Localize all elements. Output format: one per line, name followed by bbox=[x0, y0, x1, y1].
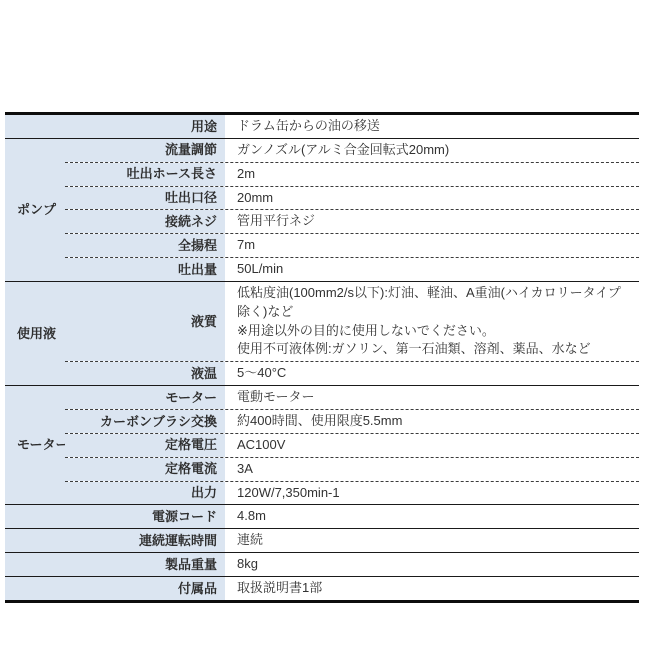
spec-section-liquid: 使用液 液質 低粘度油(100mm2/s以下):灯油、軽油、A重油(ハイカロリー… bbox=[5, 281, 639, 385]
spec-table: 用途 ドラム缶からの油の移送 ポンプ 流量調節 ガンノズル(アルミ合金回転式20… bbox=[5, 112, 639, 603]
row-label: 液温 bbox=[65, 362, 225, 385]
spec-row: 出力 120W/7,350min-1 bbox=[65, 481, 639, 505]
spec-row: 流量調節 ガンノズル(アルミ合金回転式20mm) bbox=[65, 139, 639, 162]
row-value: 管用平行ネジ bbox=[225, 210, 639, 233]
spec-section-accessories: 付属品 取扱説明書1部 bbox=[5, 576, 639, 600]
spec-row: 吐出ホース長さ 2m bbox=[65, 162, 639, 186]
section-rows: 電源コード 4.8m bbox=[65, 505, 639, 528]
spec-section-pump: ポンプ 流量調節 ガンノズル(アルミ合金回転式20mm) 吐出ホース長さ 2m … bbox=[5, 138, 639, 281]
spec-section-weight: 製品重量 8kg bbox=[5, 552, 639, 576]
spec-section-runtime: 連続運転時間 連続 bbox=[5, 528, 639, 552]
row-label: 定格電圧 bbox=[65, 434, 225, 457]
spec-row: 吐出口径 20mm bbox=[65, 186, 639, 210]
spec-row: 連続運転時間 連続 bbox=[65, 529, 639, 552]
row-label: 流量調節 bbox=[65, 139, 225, 162]
row-label: 電源コード bbox=[65, 505, 225, 528]
spec-row: 定格電流 3A bbox=[65, 457, 639, 481]
row-label: 定格電流 bbox=[65, 458, 225, 481]
row-value: 4.8m bbox=[225, 505, 639, 528]
row-label: カーボンブラシ交換 bbox=[65, 410, 225, 433]
row-value: 約400時間、使用限度5.5mm bbox=[225, 410, 639, 433]
page: 用途 ドラム缶からの油の移送 ポンプ 流量調節 ガンノズル(アルミ合金回転式20… bbox=[0, 0, 646, 646]
section-rows: 流量調節 ガンノズル(アルミ合金回転式20mm) 吐出ホース長さ 2m 吐出口径… bbox=[65, 139, 639, 281]
spec-row: 定格電圧 AC100V bbox=[65, 433, 639, 457]
spec-row: モーター 電動モーター bbox=[65, 386, 639, 409]
group-label bbox=[5, 529, 65, 552]
spec-section-power-cord: 電源コード 4.8m bbox=[5, 504, 639, 528]
spec-row: 電源コード 4.8m bbox=[65, 505, 639, 528]
row-label: 吐出量 bbox=[65, 258, 225, 281]
section-rows: 製品重量 8kg bbox=[65, 553, 639, 576]
spec-row: カーボンブラシ交換 約400時間、使用限度5.5mm bbox=[65, 409, 639, 433]
row-value: 120W/7,350min-1 bbox=[225, 482, 639, 505]
row-label: モーター bbox=[65, 386, 225, 409]
group-label: モーター bbox=[5, 386, 65, 504]
spec-row: 用途 ドラム缶からの油の移送 bbox=[65, 115, 639, 138]
group-label bbox=[5, 577, 65, 600]
group-label bbox=[5, 553, 65, 576]
group-label bbox=[5, 115, 65, 138]
row-label: 出力 bbox=[65, 482, 225, 505]
spec-row: 付属品 取扱説明書1部 bbox=[65, 577, 639, 600]
row-value: AC100V bbox=[225, 434, 639, 457]
row-value: ガンノズル(アルミ合金回転式20mm) bbox=[225, 139, 639, 162]
spec-row: 製品重量 8kg bbox=[65, 553, 639, 576]
row-label: 接続ネジ bbox=[65, 210, 225, 233]
row-value: 3A bbox=[225, 458, 639, 481]
row-label: 製品重量 bbox=[65, 553, 225, 576]
row-label: 吐出口径 bbox=[65, 187, 225, 210]
row-value: 20mm bbox=[225, 187, 639, 210]
section-rows: 用途 ドラム缶からの油の移送 bbox=[65, 115, 639, 138]
section-rows: モーター 電動モーター カーボンブラシ交換 約400時間、使用限度5.5mm 定… bbox=[65, 386, 639, 504]
spec-section-motor: モーター モーター 電動モーター カーボンブラシ交換 約400時間、使用限度5.… bbox=[5, 385, 639, 504]
spec-section-use: 用途 ドラム缶からの油の移送 bbox=[5, 115, 639, 138]
row-value: 7m bbox=[225, 234, 639, 257]
section-rows: 付属品 取扱説明書1部 bbox=[65, 577, 639, 600]
group-label: 使用液 bbox=[5, 282, 65, 385]
spec-row: 接続ネジ 管用平行ネジ bbox=[65, 209, 639, 233]
row-value: ドラム缶からの油の移送 bbox=[225, 115, 639, 138]
spec-row: 全揚程 7m bbox=[65, 233, 639, 257]
row-label: 付属品 bbox=[65, 577, 225, 600]
spec-row: 液質 低粘度油(100mm2/s以下):灯油、軽油、A重油(ハイカロリータイプ除… bbox=[65, 282, 639, 361]
row-label: 液質 bbox=[65, 282, 225, 361]
group-label bbox=[5, 505, 65, 528]
row-value: 50L/min bbox=[225, 258, 639, 281]
row-value: 2m bbox=[225, 163, 639, 186]
spec-row: 吐出量 50L/min bbox=[65, 257, 639, 281]
row-value: 取扱説明書1部 bbox=[225, 577, 639, 600]
row-label: 用途 bbox=[65, 115, 225, 138]
group-label: ポンプ bbox=[5, 139, 65, 281]
row-label: 全揚程 bbox=[65, 234, 225, 257]
row-label: 連続運転時間 bbox=[65, 529, 225, 552]
row-value: 5〜40°C bbox=[225, 362, 639, 385]
section-rows: 連続運転時間 連続 bbox=[65, 529, 639, 552]
row-value: 低粘度油(100mm2/s以下):灯油、軽油、A重油(ハイカロリータイプ除く)な… bbox=[225, 282, 639, 361]
row-value: 電動モーター bbox=[225, 386, 639, 409]
row-value: 連続 bbox=[225, 529, 639, 552]
row-label: 吐出ホース長さ bbox=[65, 163, 225, 186]
section-rows: 液質 低粘度油(100mm2/s以下):灯油、軽油、A重油(ハイカロリータイプ除… bbox=[65, 282, 639, 385]
spec-row: 液温 5〜40°C bbox=[65, 361, 639, 385]
row-value: 8kg bbox=[225, 553, 639, 576]
